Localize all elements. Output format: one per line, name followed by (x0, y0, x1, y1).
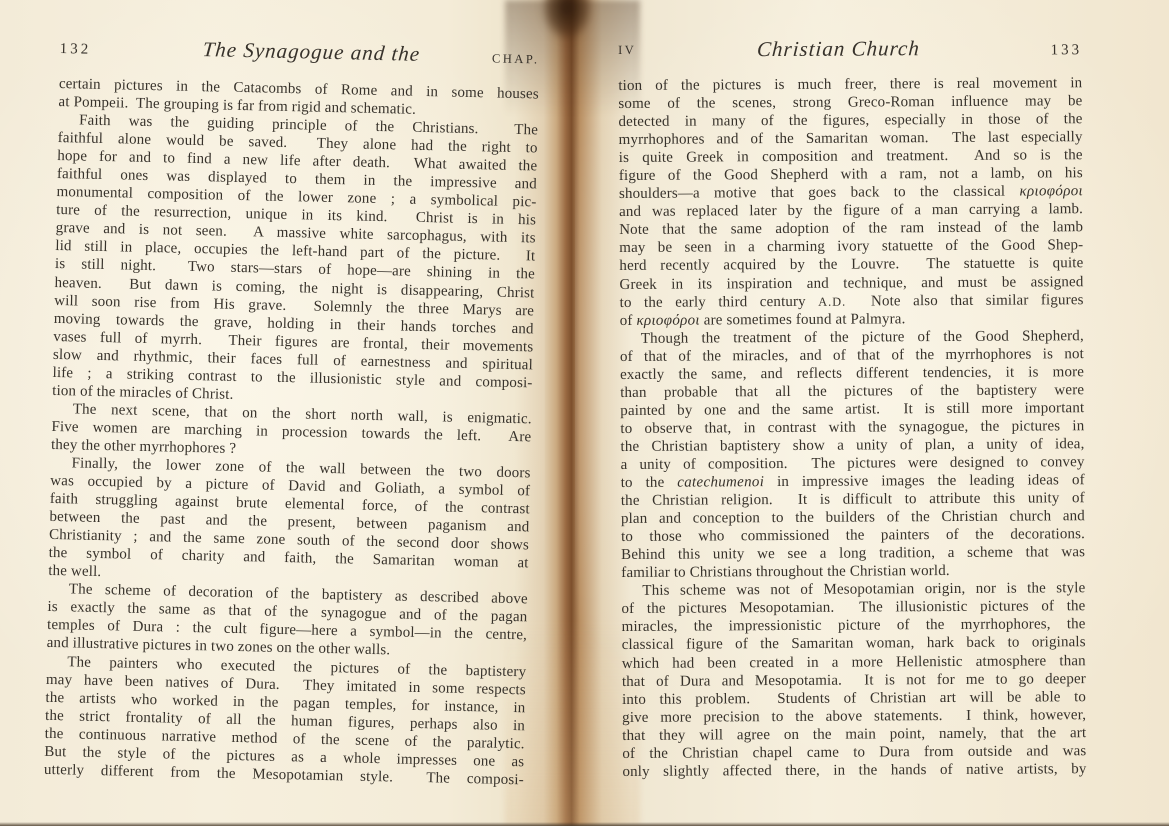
chapter-label: CHAP. (492, 51, 540, 67)
text-line: classical figure of the Samaritan woman,… (622, 634, 1086, 655)
text-line: herd recently acquired by the Louvre. Th… (619, 255, 1083, 276)
text-line: that of Dura and Mesopotamia. It is not … (622, 670, 1086, 691)
left-running-title: The Synagogue and the (202, 37, 422, 67)
left-page-text: certain pictures in the Catacombs of Rom… (44, 75, 539, 789)
right-page: IV Christian Church 133 tion of the pict… (618, 35, 1087, 781)
left-page-number: 132 (59, 41, 91, 59)
text-line: to the early third century A.D. Note als… (620, 291, 1084, 312)
page-bottom-edge (0, 822, 1169, 826)
text-line: only slightly affected there, in the han… (622, 760, 1086, 781)
text-line: give more precision to the above stateme… (622, 706, 1086, 727)
right-running-title: Christian Church (756, 36, 920, 62)
text-line: which had been created in a more Helleni… (622, 652, 1086, 673)
text-line: Greek in its inspiration and technique, … (619, 273, 1083, 294)
text-line: Though the treatment of the picture of t… (620, 327, 1084, 348)
text-line: Behind this unity we see a long traditio… (621, 543, 1085, 564)
right-page-number: 133 (1051, 42, 1083, 59)
book-spine-shadow (534, 0, 600, 54)
left-page: 132 The Synagogue and the CHAP. certain … (44, 34, 540, 789)
chapter-number-label: IV (618, 42, 636, 57)
text-line: into this problem. Students of Christian… (622, 688, 1086, 709)
right-page-text: tion of the pictures is much freer, ther… (618, 74, 1086, 781)
left-running-head: 132 The Synagogue and the CHAP. (59, 34, 539, 72)
book-spread: 132 The Synagogue and the CHAP. certain … (0, 0, 1169, 826)
right-running-head: IV Christian Church 133 (618, 35, 1082, 62)
